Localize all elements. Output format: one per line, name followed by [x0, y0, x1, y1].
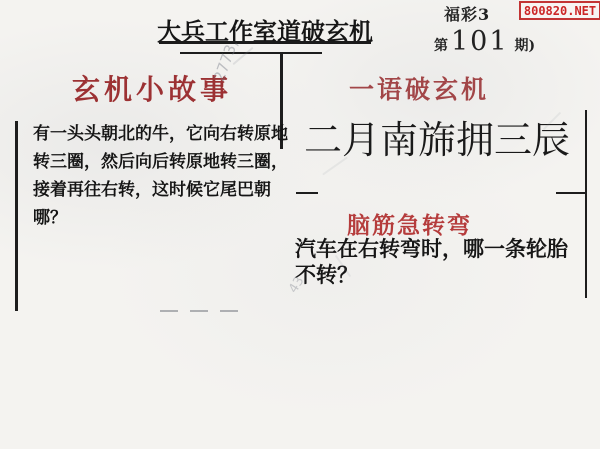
phrase-section-heading: 一语破玄机 [349, 70, 489, 106]
right-tick-line [556, 192, 586, 194]
right-border-line [585, 110, 587, 298]
small-dash-line [296, 192, 318, 194]
site-url-badge: 800820.NET [519, 1, 600, 20]
story-text-line: 有一头头朝北的牛，它向右转原地 [33, 120, 285, 148]
issue-prefix: 第 [434, 35, 448, 55]
top-divider-line [180, 52, 322, 54]
story-text-block: 有一头头朝北的牛，它向右转原地 转三圈，然后向后转原地转三圈， 接着再往右转，这… [33, 120, 285, 232]
masthead-underline [159, 41, 371, 44]
newspaper-clipping: 大兵工作室道破玄机 福彩3 第 101 期) 800820.NET 玄机小故事 … [0, 0, 600, 449]
story-text-line: 哪？ [33, 204, 285, 232]
scan-artifact-dashes [160, 310, 248, 312]
left-border-line [15, 121, 18, 311]
story-section-heading: 玄机小故事 [72, 68, 232, 108]
mystery-phrase: 二月南旆拥三辰 [304, 109, 570, 164]
story-text-line: 接着再往右转，这时候它尾巴朝 [33, 176, 285, 204]
riddle-text-line: 不转？ [295, 262, 575, 288]
riddle-text-block: 汽车在右转弯时，哪一条轮胎 不转？ [295, 236, 575, 288]
issue-number: 101 [451, 26, 509, 57]
issue-suffix: 期) [515, 35, 536, 55]
